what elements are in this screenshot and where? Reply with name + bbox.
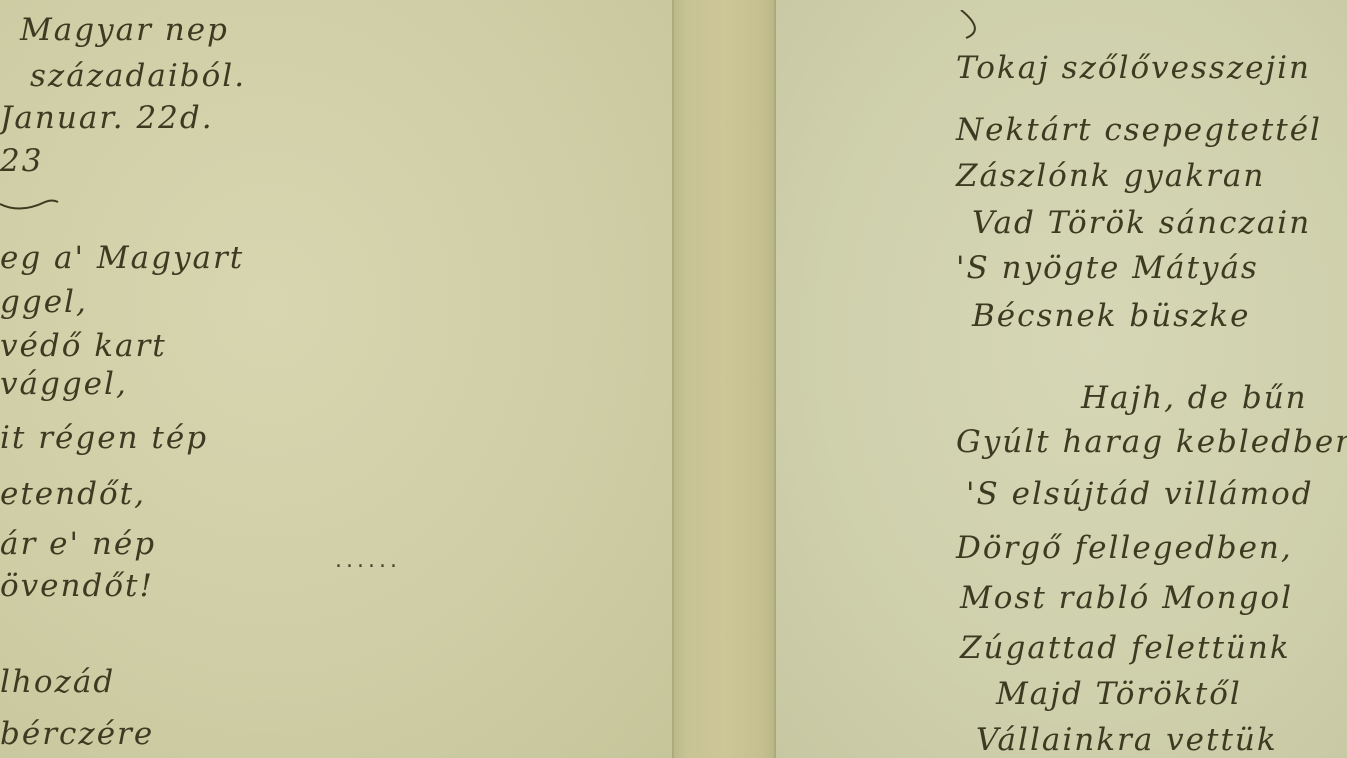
manuscript-line: 'S nyögte Mátyás: [956, 250, 1259, 286]
manuscript-line: ár e' nép: [0, 526, 156, 562]
manuscript-line: etendőt,: [0, 476, 146, 512]
manuscript-line: vággel,: [0, 366, 128, 402]
manuscript-line: it régen tép: [0, 420, 208, 456]
left-manuscript-page: Magyar nep századaiból. Januar. 22d. 23 …: [0, 0, 672, 758]
manuscript-line: Vad Török sánczain: [972, 205, 1311, 241]
manuscript-line: Magyar nep: [20, 12, 229, 48]
manuscript-line: 'S elsújtád villámod: [966, 476, 1314, 512]
manuscript-line: Bécsnek büszke: [972, 298, 1251, 334]
manuscript-line: Tokaj szőlővesszejin: [956, 50, 1311, 86]
manuscript-line: övendőt!: [0, 568, 154, 604]
manuscript-line: Hajh, de bűn: [1081, 380, 1308, 416]
right-manuscript-page: Tokaj szőlővesszejin Nektárt csepegtetté…: [776, 0, 1347, 758]
manuscript-line: Vállainkra vettük: [976, 722, 1278, 758]
manuscript-line: Nektárt csepegtettél: [956, 112, 1322, 148]
manuscript-line: lhozád: [0, 664, 115, 700]
binding-gutter: [672, 0, 776, 758]
ellipsis-mark: ......: [335, 548, 401, 573]
manuscript-line: védő kart: [0, 328, 167, 364]
manuscript-line: Most rabló Mongol: [960, 580, 1293, 616]
flourish-mark: [956, 10, 1016, 40]
flourish-mark: [0, 186, 60, 216]
manuscript-line: Gyúlt harag kebledben: [956, 424, 1347, 460]
manuscript-line: bérczére: [0, 716, 154, 752]
manuscript-line: Majd Töröktől: [996, 676, 1242, 712]
manuscript-line: Dörgő fellegedben,: [956, 530, 1293, 566]
manuscript-line: ggel,: [0, 284, 88, 320]
manuscript-line: Zászlónk gyakran: [956, 158, 1265, 194]
manuscript-line: eg a' Magyart: [0, 240, 244, 276]
manuscript-line: századaiból.: [30, 58, 246, 94]
manuscript-line: Zúgattad felettünk: [960, 630, 1291, 666]
manuscript-line: Januar. 22d.: [0, 100, 214, 136]
manuscript-line: 23: [0, 143, 43, 179]
